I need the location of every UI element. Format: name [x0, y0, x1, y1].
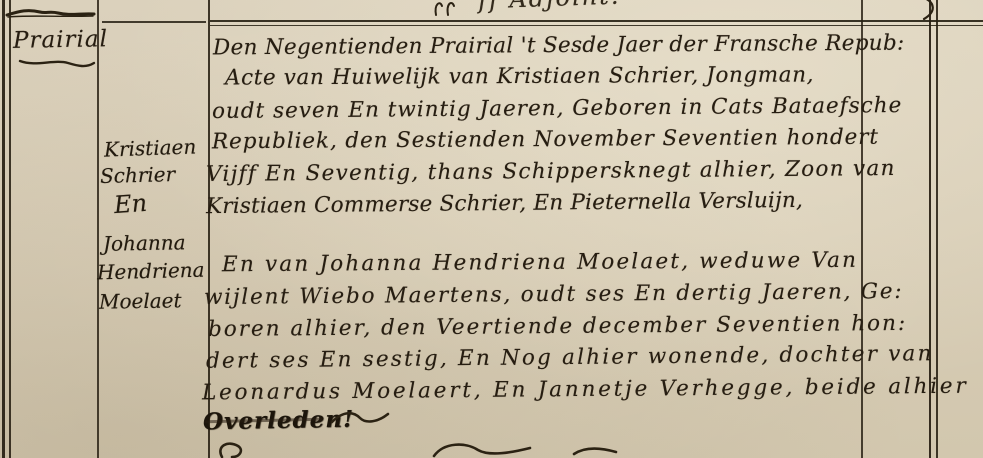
- entry-text-line: Leonardus Moelaert, En Jannetje Verhegge…: [202, 374, 969, 406]
- names-column-line: Johanna: [103, 230, 186, 255]
- page-left-edge-rule-outer: [2, 0, 5, 458]
- names-column-line: En: [113, 189, 148, 219]
- entry-text-line: boren alhier, den Veertiende december Se…: [208, 311, 907, 342]
- entry-text-line: Republiek, den Sestienden November Seven…: [212, 125, 879, 155]
- entry-text-line: oudt seven En twintig Jaeren, Geboren in…: [212, 93, 902, 124]
- header-right-flourish: [916, 0, 942, 20]
- entry-text-line: Den Negentienden Prairial 't Sesde Jaer …: [213, 31, 905, 61]
- next-entry-clipped-strokes: [214, 438, 634, 458]
- month-label-underline-flourish: [18, 57, 96, 71]
- names-column-header-rule: [102, 21, 206, 23]
- month-column-rule: [97, 0, 99, 458]
- month-column-header-squiggle: [6, 8, 96, 20]
- margin-month-label: Prairial: [13, 26, 108, 54]
- names-column-line: Schrier: [100, 162, 176, 188]
- clipped-header-text: ſſ Adjoint.: [478, 0, 621, 14]
- names-column-line: Hendriena: [97, 258, 205, 285]
- entry-text-line: Vijff En Seventig, thans Schippersknegt …: [206, 156, 896, 187]
- entry-text-line: En van Johanna Hendriena Moelaet, weduwe…: [222, 248, 858, 277]
- names-column-line: Moelaet: [99, 288, 182, 313]
- entry-text-line: wijlent Wiebo Maertens, oudt ses En dert…: [204, 279, 904, 310]
- entry-text-line: dert ses En sestig, En Nog alhier wonend…: [206, 341, 934, 374]
- names-column-line: Kristiaen: [104, 134, 197, 161]
- main-header-rule-top: [210, 20, 983, 22]
- entry-text-line: Acte van Huiwelijk van Kristiaen Schrier…: [225, 62, 814, 90]
- main-header-rule-bottom: [210, 25, 983, 27]
- clipped-header-strokes: [432, 0, 478, 16]
- entry-text-line: Kristiaen Commerse Schrier, En Pieternel…: [206, 188, 803, 219]
- closing-flourish: [330, 408, 390, 428]
- page-left-edge-rule-inner: [9, 0, 11, 458]
- register-page: ſſ Adjoint. Prairial Kristiaen Schrier E…: [0, 0, 983, 458]
